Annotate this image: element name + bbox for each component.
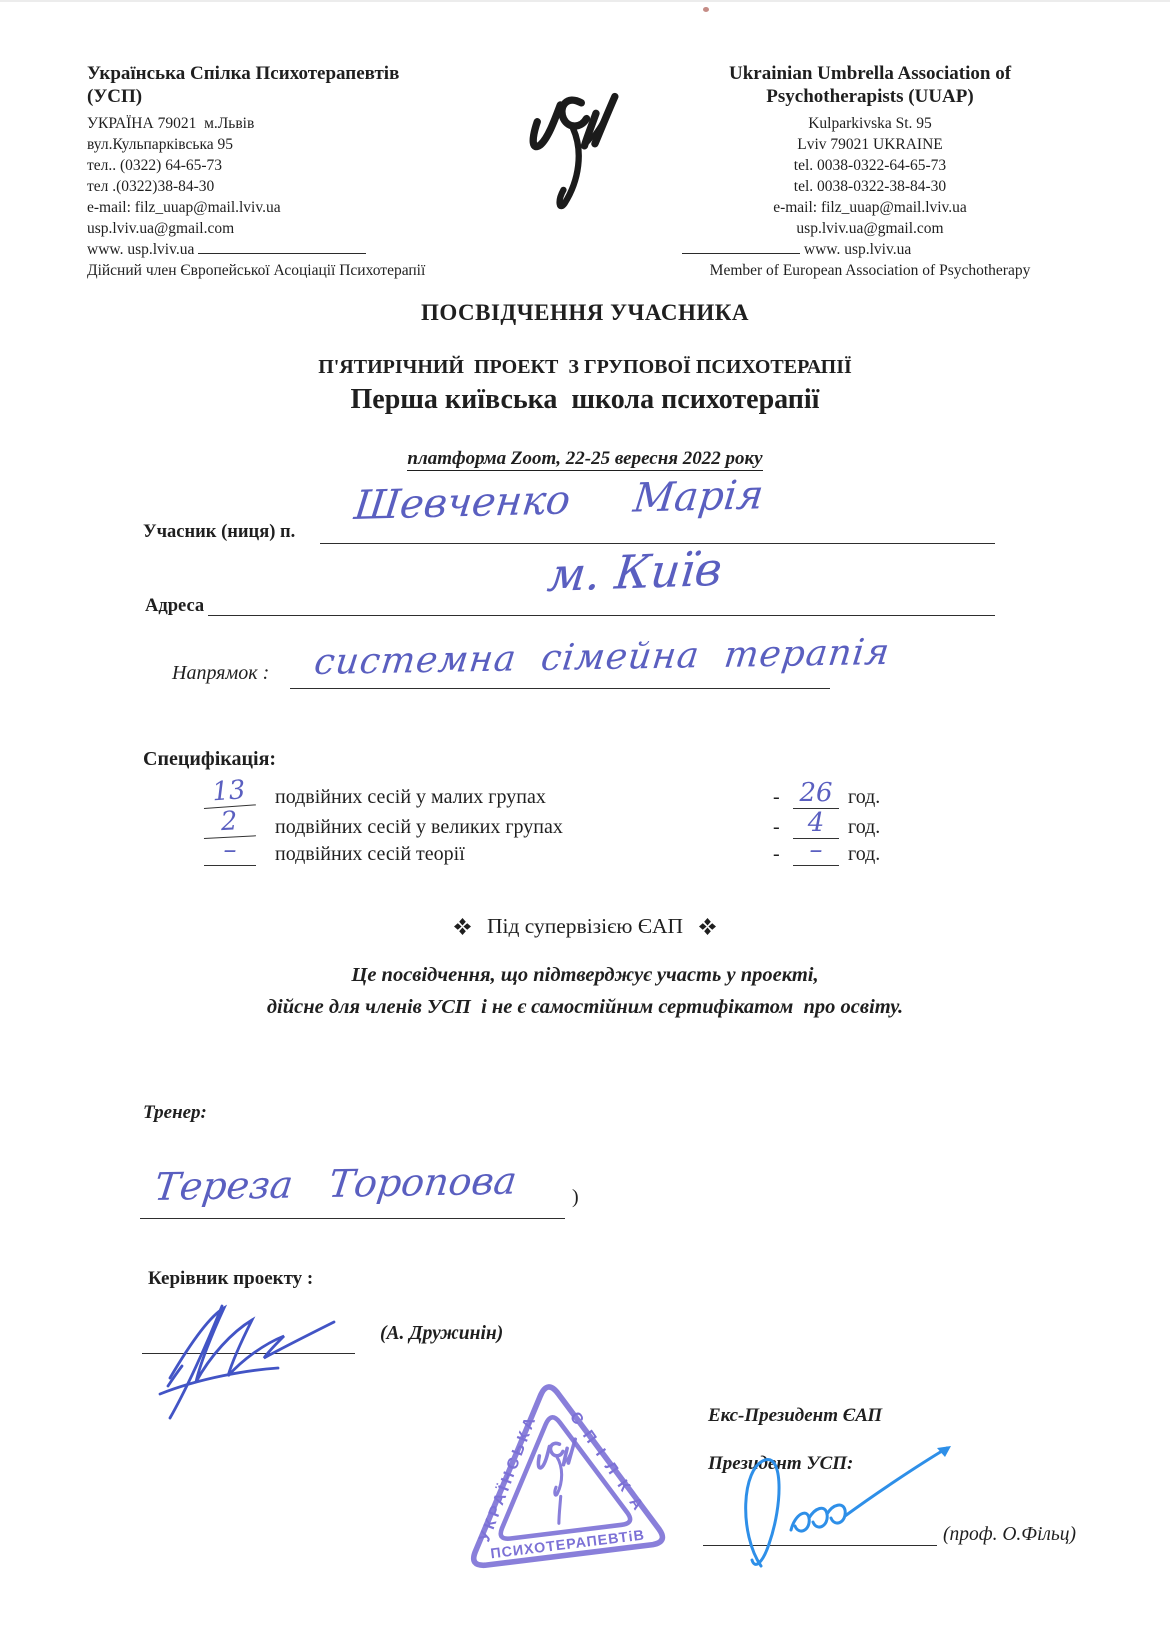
direction-label: Напрямок : bbox=[172, 662, 269, 685]
trainer-paren: ) bbox=[572, 1186, 579, 1209]
header-line: тел.. (0322) 64-65-73 bbox=[87, 155, 497, 176]
school-title: Перша київська школа психотерапії bbox=[0, 384, 1170, 416]
project-title: П'ЯТИРІЧНИЙ ПРОЕКТ З ГРУПОВОЇ ПСИХОТЕРАП… bbox=[0, 356, 1170, 379]
address-label: Адреса bbox=[145, 596, 204, 617]
spec-hours: 26 bbox=[793, 778, 839, 809]
header-underline bbox=[198, 240, 366, 254]
header-line: tel. 0038-0322-38-84-30 bbox=[660, 176, 1080, 197]
specification-label: Специфікація: bbox=[143, 748, 276, 771]
header-underline bbox=[682, 240, 800, 254]
spec-count: 2 bbox=[202, 805, 256, 839]
stamp-side-right-text: СПІЛКА bbox=[565, 1402, 653, 1530]
header-line: e-mail: filz_uuap@mail.lviv.ua bbox=[660, 197, 1080, 218]
platform-date-line: платформа Zoom, 22-25 вересня 2022 року bbox=[0, 448, 1170, 470]
spec-dash: - bbox=[773, 816, 780, 839]
four-diamond-ornament-icon bbox=[699, 916, 716, 941]
four-diamond-ornament-icon bbox=[454, 916, 471, 941]
header-line: e-mail: filz_uuap@mail.lviv.ua bbox=[87, 197, 497, 218]
spec-unit: год. bbox=[848, 843, 880, 866]
spec-count: 13 bbox=[202, 774, 256, 809]
spec-dash: - bbox=[773, 843, 780, 866]
usp-logo-icon bbox=[512, 84, 638, 241]
scan-artifact-dot bbox=[703, 7, 709, 12]
spec-row: – подвійних сесій теорії - – год. bbox=[140, 843, 920, 875]
org-name-en: Ukrainian Umbrella Association of bbox=[660, 62, 1080, 85]
header-line: tel. 0038-0322-64-65-73 bbox=[660, 155, 1080, 176]
header-right: Ukrainian Umbrella Association of Psycho… bbox=[660, 62, 1080, 281]
spec-text: подвійних сесій у малих групах bbox=[275, 786, 546, 809]
header-line: Kulparkivska St. 95 bbox=[660, 113, 1080, 134]
membership-line-en: Member of European Association of Psycho… bbox=[660, 260, 1080, 281]
address-value: м. Київ bbox=[545, 542, 725, 602]
header-line: usp.lviv.ua@gmail.com bbox=[87, 218, 497, 239]
direction-value: системна сімейна терапія bbox=[312, 632, 892, 683]
header-line: вул.Кульпарківська 95 bbox=[87, 134, 497, 155]
usp-stamp-icon: УКРАЇНСЬКА СПІЛКА ПСИХОТЕРАПЕВТіВ bbox=[440, 1360, 677, 1589]
spec-unit: год. bbox=[848, 816, 880, 839]
header-line: УКРАЇНА 79021 м.Львів bbox=[87, 113, 497, 134]
president-name: (проф. О.Фільц) bbox=[943, 1524, 1076, 1546]
org-name-ua-abbr: (УСП) bbox=[87, 85, 497, 108]
header-left: Українська Спілка Психотерапевтів (УСП) … bbox=[87, 62, 497, 281]
statement-line-1: Це посвідчення, що підтверджує участь у … bbox=[0, 964, 1170, 987]
ex-president-label: Екс-Президент ЄАП bbox=[708, 1405, 882, 1427]
svg-text:СПІЛКА: СПІЛКА bbox=[565, 1402, 653, 1530]
header-line: usp.lviv.ua@gmail.com bbox=[660, 218, 1080, 239]
trainer-line bbox=[140, 1218, 565, 1219]
spec-dash: - bbox=[773, 786, 780, 809]
scan-edge-line bbox=[0, 0, 1170, 2]
manager-name: (А. Дружинін) bbox=[380, 1323, 503, 1345]
trainer-signature: Тереза Торопова bbox=[152, 1159, 519, 1209]
participant-label: Учасник (ниця) п. bbox=[143, 522, 295, 543]
membership-line-ua: Дійсний член Європейської Асоціації Псих… bbox=[87, 260, 497, 281]
header-line-www: www. usp.lviv.ua bbox=[87, 239, 497, 260]
header-line: Lviv 79021 UKRAINE bbox=[660, 134, 1080, 155]
address-line bbox=[208, 615, 995, 616]
spec-count: – bbox=[204, 835, 256, 866]
spec-text: подвійних сесій теорії bbox=[275, 843, 465, 866]
certificate-page: Українська Спілка Психотерапевтів (УСП) … bbox=[0, 0, 1170, 1627]
org-name-ua: Українська Спілка Психотерапевтів bbox=[87, 62, 497, 85]
spec-text: подвійних сесій у великих групах bbox=[275, 816, 563, 839]
supervision-line: Під супервізією ЄАП bbox=[0, 914, 1170, 941]
manager-signature bbox=[152, 1282, 382, 1427]
participant-value: Шевченко Марія bbox=[352, 472, 766, 529]
spec-unit: год. bbox=[848, 786, 880, 809]
direction-line bbox=[290, 688, 830, 689]
spec-hours: – bbox=[793, 835, 839, 866]
header-line: тел .(0322)38-84-30 bbox=[87, 176, 497, 197]
org-name-en-abbr: Psychotherapists (UUAP) bbox=[660, 85, 1080, 108]
president-signature bbox=[695, 1438, 975, 1578]
trainer-label: Тренер: bbox=[143, 1102, 207, 1124]
header-line-www: www. usp.lviv.ua bbox=[660, 239, 1080, 260]
statement-line-2: дійсне для членів УСП і не є самостійним… bbox=[0, 996, 1170, 1019]
certificate-title: ПОСВІДЧЕННЯ УЧАСНИКА bbox=[0, 300, 1170, 326]
